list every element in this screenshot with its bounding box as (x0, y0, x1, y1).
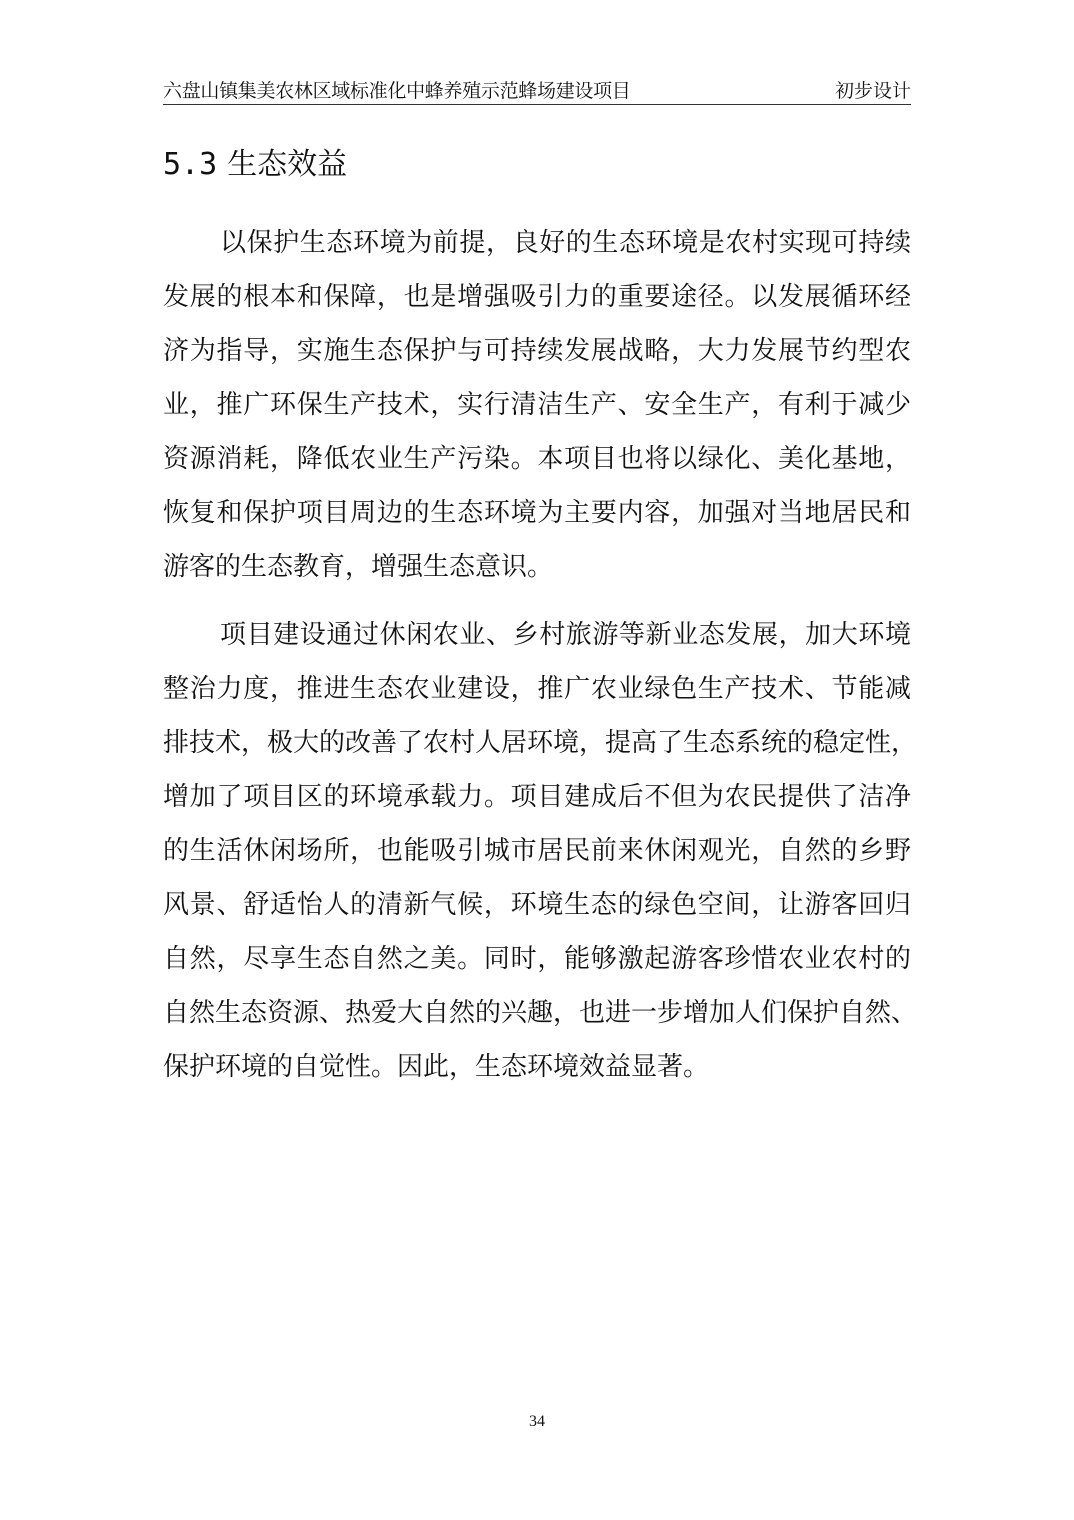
section-number: 5.3 (163, 147, 217, 182)
paragraph-line: 整治力度，推进生态农业建设，推广农业绿色生产技术、节能减 (163, 669, 911, 709)
paragraph-line: 发展的根本和保障，也是增强吸引力的重要途径。以发展循环经 (163, 277, 911, 317)
paragraph-line: 风景、舒适怡人的清新气候，环境生态的绿色空间，让游客回归 (163, 885, 911, 925)
paragraph-line: 以保护生态环境为前提，良好的生态环境是农村实现可持续 (163, 223, 911, 263)
header-doc-type: 初步设计 (835, 76, 911, 103)
paragraph-line: 恢复和保护项目周边的生态环境为主要内容，加强对当地居民和 (163, 493, 911, 533)
paragraph-line: 自然生态资源、热爱大自然的兴趣，也进一步增加人们保护自然、 (163, 993, 911, 1033)
header-project-title: 六盘山镇集美农林区域标准化中蜂养殖示范蜂场建设项目 (163, 76, 631, 103)
paragraph-line: 排技术，极大的改善了农村人居环境，提高了生态系统的稳定性， (163, 723, 911, 763)
document-page: 六盘山镇集美农林区域标准化中蜂养殖示范蜂场建设项目 初步设计 5.3生态效益 以… (0, 0, 1074, 1520)
section-heading: 5.3生态效益 (163, 139, 347, 183)
paragraph-line: 业，推广环保生产技术，实行清洁生产、安全生产，有利于减少 (163, 385, 911, 425)
paragraph-line: 增加了项目区的环境承载力。项目建成后不但为农民提供了洁净 (163, 777, 911, 817)
running-header: 六盘山镇集美农林区域标准化中蜂养殖示范蜂场建设项目 初步设计 (163, 74, 911, 105)
paragraph-line: 项目建设通过休闲农业、乡村旅游等新业态发展，加大环境 (163, 615, 911, 655)
paragraph-line: 的生活休闲场所，也能吸引城市居民前来休闲观光，自然的乡野 (163, 831, 911, 871)
paragraph-line: 游客的生态教育，增强生态意识。 (163, 547, 911, 587)
paragraph-line: 资源消耗，降低农业生产污染。本项目也将以绿化、美化基地， (163, 439, 911, 479)
paragraph-line: 保护环境的自觉性。因此，生态环境效益显著。 (163, 1047, 911, 1087)
page-number: 34 (0, 1413, 1074, 1431)
section-title: 生态效益 (227, 147, 347, 182)
paragraph-line: 自然，尽享生态自然之美。同时，能够激起游客珍惜农业农村的 (163, 939, 911, 979)
paragraph-line: 济为指导，实施生态保护与可持续发展战略，大力发展节约型农 (163, 331, 911, 371)
